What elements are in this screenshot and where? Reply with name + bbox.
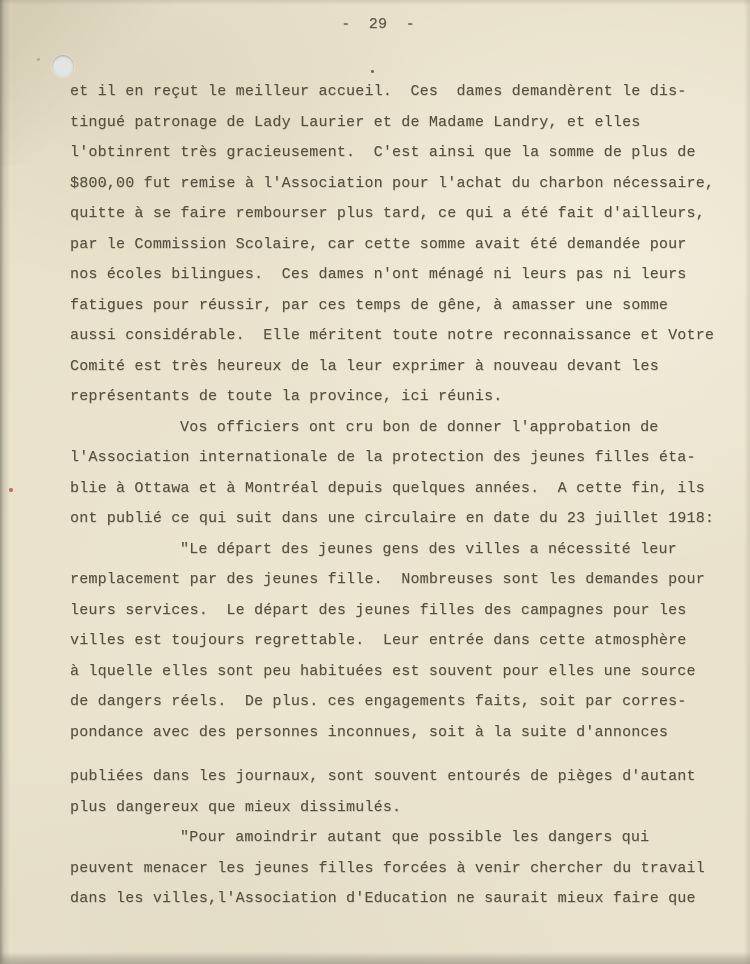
text-line: nos écoles bilingues. Ces dames n'ont mé…	[70, 263, 735, 294]
typewritten-text-block: et il en reçut le meilleur accueil. Ces …	[70, 80, 735, 918]
text-line: l'Association internationale de la prote…	[70, 446, 735, 477]
text-line: remplacement par des jeunes fille. Nombr…	[70, 568, 735, 599]
text-line: aussi considérable. Elle méritent toute …	[70, 324, 735, 355]
page-number: - 29 -	[0, 16, 750, 33]
page-edge-top	[0, 0, 750, 5]
text-line: pondance avec des personnes inconnues, s…	[70, 721, 735, 752]
text-line: publiées dans les journaux, sont souvent…	[70, 765, 735, 796]
text-line: fatigues pour réussir, par ces temps de …	[70, 294, 735, 325]
page-edge-left	[0, 0, 10, 964]
text-line: à lquelle elles sont peu habituées est s…	[70, 660, 735, 691]
text-line: dans les villes,l'Association d'Educatio…	[70, 887, 735, 918]
text-line: tingué patronage de Lady Laurier et de M…	[70, 111, 735, 142]
text-line: représentants de toute la province, ici …	[70, 385, 735, 416]
text-line: $800,00 fut remise à l'Association pour …	[70, 172, 735, 203]
page-edge-right	[744, 0, 750, 964]
text-line-paragraph-start: "Le départ des jeunes gens des villes a …	[70, 538, 735, 569]
punch-hole	[52, 55, 74, 77]
text-line: leurs services. Le départ des jeunes fil…	[70, 599, 735, 630]
scanned-document-page: - 29 - et il en reçut le meilleur accuei…	[0, 0, 750, 964]
text-line: villes est toujours regrettable. Leur en…	[70, 629, 735, 660]
paper-speck	[37, 58, 40, 61]
text-line: plus dangereux que mieux dissimulés.	[70, 796, 735, 827]
text-line: de dangers réels. De plus. ces engagemen…	[70, 690, 735, 721]
text-line: par le Commission Scolaire, car cette so…	[70, 233, 735, 264]
text-line: peuvent menacer les jeunes filles forcée…	[70, 857, 735, 888]
text-line: quitte à se faire rembourser plus tard, …	[70, 202, 735, 233]
text-line: blie à Ottawa et à Montréal depuis quelq…	[70, 477, 735, 508]
text-line: Comité est très heureux de la leur expri…	[70, 355, 735, 386]
text-line-paragraph-start: "Pour amoindrir autant que possible les …	[70, 826, 735, 857]
page-edge-bottom	[0, 952, 750, 964]
text-line: l'obtinrent très gracieusement. C'est ai…	[70, 141, 735, 172]
paper-speck	[371, 70, 374, 73]
text-line: et il en reçut le meilleur accueil. Ces …	[70, 80, 735, 111]
paper-speck	[9, 488, 13, 492]
text-line: ont publié ce qui suit dans une circulai…	[70, 507, 735, 538]
text-line-paragraph-start: Vos officiers ont cru bon de donner l'ap…	[70, 416, 735, 447]
